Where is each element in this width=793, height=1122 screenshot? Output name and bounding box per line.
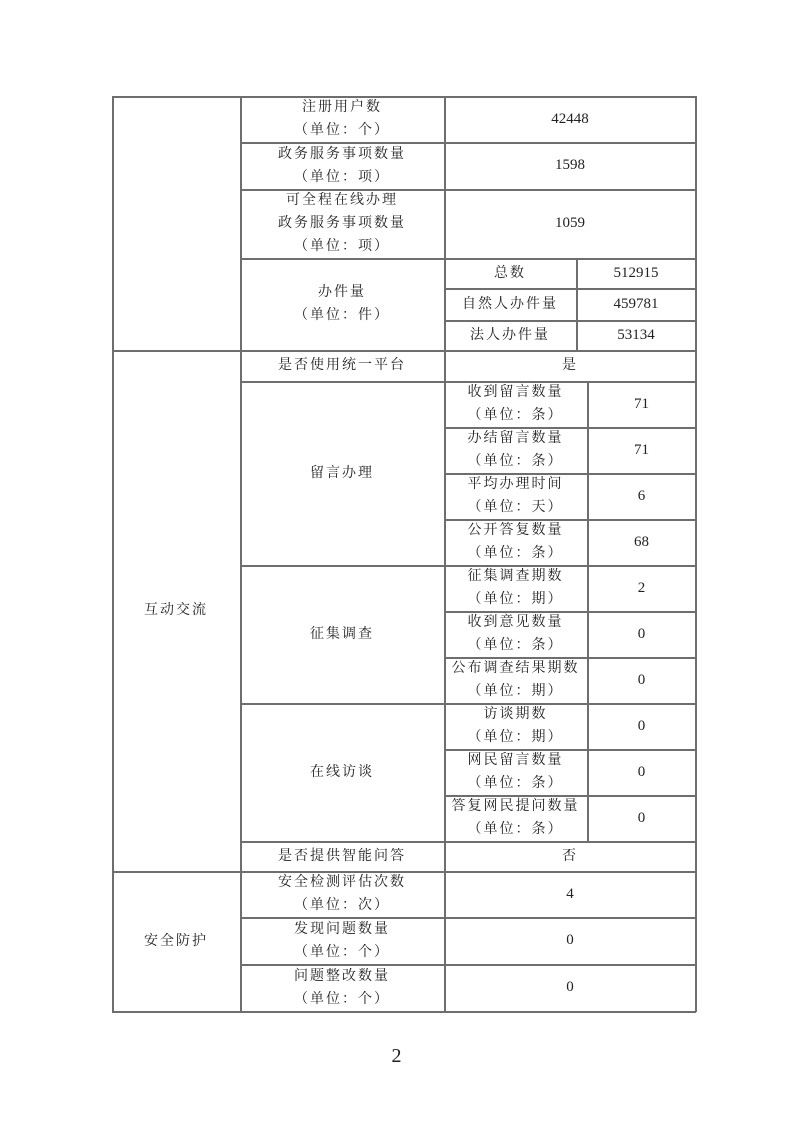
label-service-items: 政务服务事项数量 （单位：项） [240,142,444,189]
category-cell-section1 [112,96,240,350]
label-handling-volume: 办件量 （单位：件） [240,258,444,350]
value-handling-total: 512915 [576,258,696,288]
label-unified-platform: 是否使用统一平台 [240,350,444,381]
label-opinions-received: 收到意见数量 （单位：条） [444,611,587,657]
value-security-assessments: 4 [444,871,696,917]
label-message-handling: 留言办理 [240,381,444,565]
value-issues-fixed: 0 [444,964,696,1011]
label-issues-found: 发现问题数量 （单位：个） [240,917,444,964]
value-messages-closed: 71 [587,427,696,473]
label-survey: 征集调查 [240,565,444,703]
value-avg-handling-time: 6 [587,473,696,519]
label-smart-qa: 是否提供智能问答 [240,841,444,871]
label-issues-fixed: 问题整改数量 （单位：个） [240,964,444,1011]
label-survey-periods: 征集调查期数 （单位：期） [444,565,587,611]
value-opinions-received: 0 [587,611,696,657]
value-handling-legal: 53134 [576,320,696,350]
category-cell-security: 安全防护 [112,871,240,1011]
value-online-service-items: 1059 [444,189,696,258]
label-handling-legal: 法人办件量 [444,320,576,350]
value-interview-periods: 0 [587,703,696,749]
value-service-items: 1598 [444,142,696,189]
table-border-bottom [112,1011,696,1013]
value-survey-periods: 2 [587,565,696,611]
value-messages-received: 71 [587,381,696,427]
label-security-assessments: 安全检测评估次数 （单位：次） [240,871,444,917]
label-registered-users: 注册用户数 （单位：个） [240,96,444,142]
value-survey-results-published: 0 [587,657,696,703]
value-smart-qa: 否 [444,841,696,871]
page-number: 2 [0,1045,793,1068]
value-unified-platform: 是 [444,350,696,381]
label-netizen-questions-answered: 答复网民提问数量 （单位：条） [444,795,587,841]
category-cell-interaction: 互动交流 [112,350,240,871]
label-handling-total: 总数 [444,258,576,288]
value-handling-natural: 459781 [576,288,696,320]
value-netizen-questions-answered: 0 [587,795,696,841]
label-messages-closed: 办结留言数量 （单位：条） [444,427,587,473]
value-netizen-messages: 0 [587,749,696,795]
label-interview-periods: 访谈期数 （单位：期） [444,703,587,749]
label-online-interview: 在线访谈 [240,703,444,841]
label-public-replies: 公开答复数量 （单位：条） [444,519,587,565]
label-online-service-items: 可全程在线办理 政务服务事项数量 （单位：项） [240,189,444,258]
value-issues-found: 0 [444,917,696,964]
label-avg-handling-time: 平均办理时间 （单位：天） [444,473,587,519]
label-handling-natural: 自然人办件量 [444,288,576,320]
label-messages-received: 收到留言数量 （单位：条） [444,381,587,427]
label-survey-results-published: 公布调查结果期数 （单位：期） [444,657,587,703]
label-netizen-messages: 网民留言数量 （单位：条） [444,749,587,795]
value-public-replies: 68 [587,519,696,565]
value-registered-users: 42448 [444,96,696,142]
